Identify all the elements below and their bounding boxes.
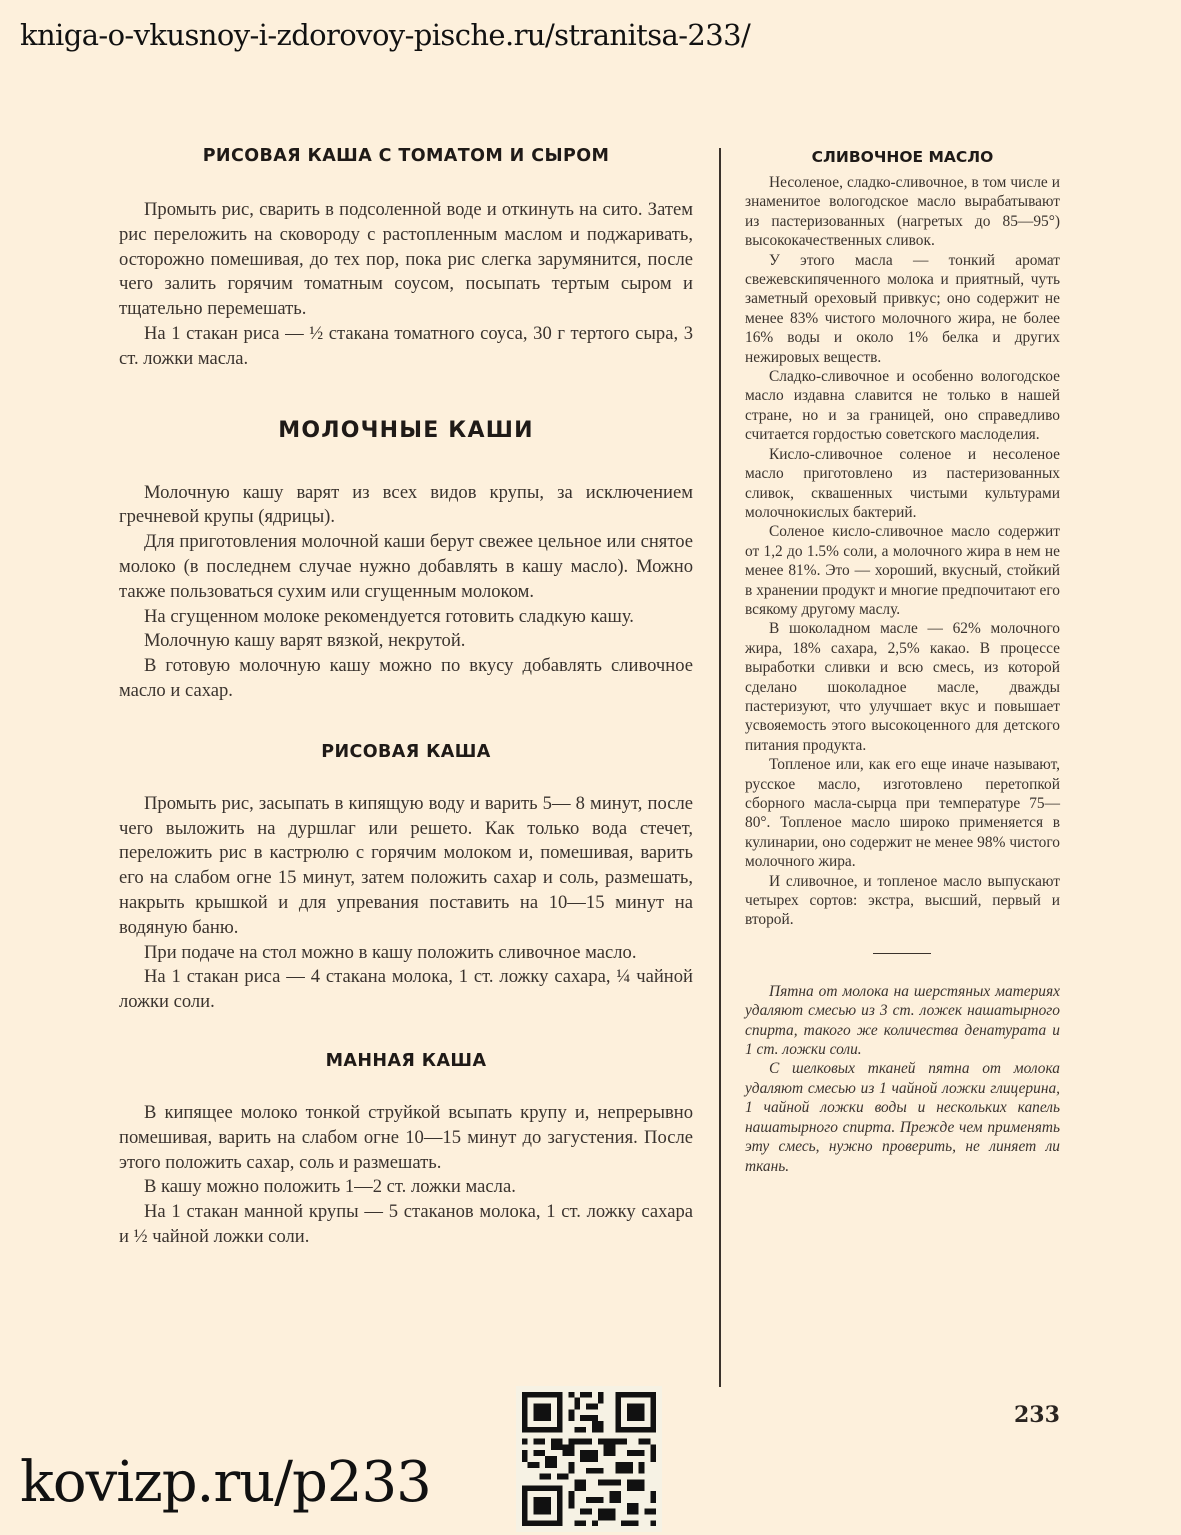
sidebar-paragraph: Соленое кисло-сливочное масло содержит о…: [745, 522, 1060, 619]
section-title-rice-tomato: РИСОВАЯ КАША С ТОМАТОМ И СЫРОМ: [119, 146, 693, 166]
qr-code-icon[interactable]: [516, 1386, 662, 1532]
short-url[interactable]: kovizp.ru/p233: [20, 1450, 431, 1515]
paragraph: На 1 стакан манной крупы — 5 стаканов мо…: [119, 1200, 693, 1250]
paragraph: В кашу можно положить 1—2 ст. ложки масл…: [119, 1175, 693, 1200]
paragraph: На 1 стакан риса — 4 стакана молока, 1 с…: [119, 965, 693, 1015]
paragraph: Промыть рис, засыпать в кипящую воду и в…: [119, 792, 693, 941]
paragraph: В готовую молочную кашу можно по вкусу д…: [119, 654, 693, 704]
page-number: 233: [1014, 1402, 1060, 1428]
section-title-rice-porridge: РИСОВАЯ КАША: [119, 742, 693, 762]
sidebar-paragraph: У этого масла — тонкий аромат свежевскип…: [745, 251, 1060, 367]
source-url[interactable]: kniga-o-vkusnoy-i-zdorovoy-pische.ru/str…: [20, 18, 750, 52]
sidebar-paragraph: И сливочное, и топленое масло выпускают …: [745, 872, 1060, 930]
paragraph: В кипящее молоко тонкой струйкой всыпать…: [119, 1101, 693, 1175]
paragraph: Молочную кашу варят вязкой, некрутой.: [119, 629, 693, 654]
section-title-milk-porridges: МОЛОЧНЫЕ КАШИ: [119, 418, 693, 443]
paragraph: Молочную кашу варят из всех видов крупы,…: [119, 481, 693, 531]
column-divider: [719, 148, 721, 1387]
sidebar-title-butter: СЛИВОЧНОЕ МАСЛО: [745, 148, 1060, 166]
paragraph: На 1 стакан риса — ½ стакана томатного с…: [119, 322, 693, 372]
paragraph: Для приготовления молочной каши берут св…: [119, 530, 693, 604]
paragraph: При подаче на стол можно в кашу положить…: [119, 941, 693, 966]
tips-divider: [873, 953, 931, 954]
sidebar-paragraph: Кисло-сливочное соленое и несоленое масл…: [745, 445, 1060, 523]
paragraph: Промыть рис, сварить в подсоленной воде …: [119, 198, 693, 322]
left-column: РИСОВАЯ КАША С ТОМАТОМ И СЫРОМ Промыть р…: [119, 140, 693, 1250]
right-column: СЛИВОЧНОЕ МАСЛО Несоленое, сладко-сливоч…: [745, 140, 1060, 1176]
sidebar-paragraph: Топленое или, как его еще иначе называют…: [745, 755, 1060, 871]
tip-paragraph: С шелковых тканей пятна от молока удаляю…: [745, 1059, 1060, 1175]
section-title-semolina-porridge: МАННАЯ КАША: [119, 1051, 693, 1071]
sidebar-paragraph: Сладко-сливочное и особенно вологодское …: [745, 367, 1060, 445]
qr-code-graphic: [516, 1386, 662, 1532]
tip-paragraph: Пятна от молока на шерстяных материях уд…: [745, 982, 1060, 1060]
sidebar-paragraph: В шоколадном масле — 62% молочного жира,…: [745, 619, 1060, 755]
sidebar-paragraph: Несоленое, сладко-сливочное, в том числе…: [745, 173, 1060, 251]
paragraph: На сгущенном молоке рекомендуется готови…: [119, 605, 693, 630]
